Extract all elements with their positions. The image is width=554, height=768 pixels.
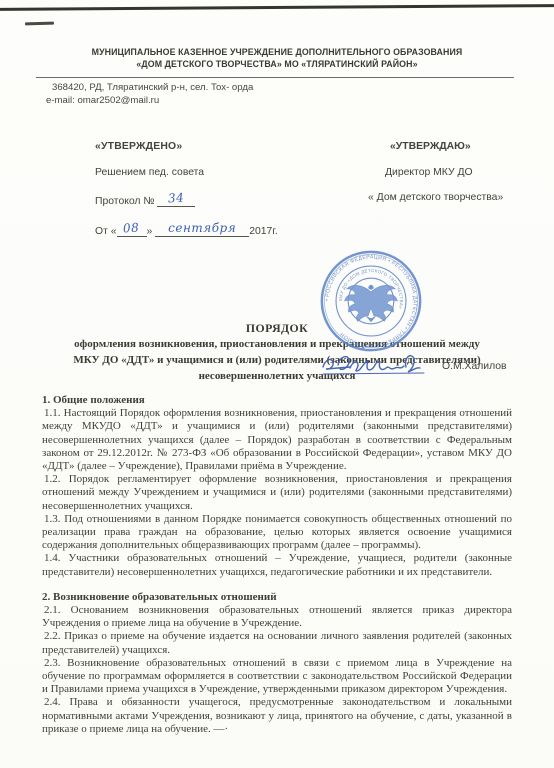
- section-1-heading: 1. Общие положения: [42, 394, 512, 407]
- approval-section: • РОССИЙСКАЯ ФЕДЕРАЦИЯ • РЕСПУБЛИКА ДАГЕ…: [0, 133, 554, 265]
- paragraph-2-1: 2.1. Основанием возникновения образовате…: [42, 604, 512, 630]
- paragraph-1-2: 1.2. Порядок регламентирует оформление в…: [42, 473, 512, 513]
- date-month-handwritten: сентября: [168, 221, 236, 235]
- org-name-line2: «ДОМ ДЕТСКОГО ТВОРЧЕСТВА» МО «ТЛЯРАТИНСК…: [0, 59, 554, 71]
- date-month-field: сентября: [155, 222, 249, 237]
- paragraph-1-3: 1.3. Под отношениями в данном Порядке по…: [42, 513, 512, 553]
- section-gap: [42, 579, 512, 591]
- date-line: От «08» сентября2017г.: [95, 222, 278, 237]
- date-day-handwritten: 08: [123, 221, 140, 234]
- document-title: ПОРЯДОК: [0, 321, 554, 336]
- approved-by-line: Решением пед. совета: [95, 167, 278, 178]
- paragraph-2-3: 2.3. Возникновение образовательных отнош…: [42, 657, 512, 697]
- approved-label: «УТВЕРЖДЕНО»: [95, 141, 278, 152]
- email-address: e-mail: omar2502@mail.ru: [46, 95, 554, 108]
- protocol-number-handwritten: 34: [168, 191, 185, 204]
- document-title-block: ПОРЯДОК оформления возникновения, приост…: [0, 321, 554, 384]
- header-divider: [36, 77, 514, 78]
- protocol-number-field: 34: [157, 192, 195, 207]
- address-block: 368420, РД, Тляратинский р-н, сел. Тох- …: [46, 82, 554, 107]
- paragraph-1-4: 1.4. Участники образовательных отношений…: [42, 552, 512, 578]
- org-name-line1: МУНИЦИПАЛЬНОЕ КАЗЕННОЕ УЧРЕЖДЕНИЕ ДОПОЛН…: [0, 47, 554, 59]
- date-close-quote: »: [147, 226, 153, 237]
- stamp-eagle-emblem: [345, 285, 398, 322]
- document-body: 1. Общие положения 1.1. Настоящий Порядо…: [42, 394, 512, 736]
- paragraph-1-1: 1.1. Настоящий Порядок оформления возник…: [42, 407, 512, 473]
- approve-label: «УТВЕРЖДАЮ»: [368, 141, 503, 152]
- approved-by-block: «УТВЕРЖДЕНО» Решением пед. совета Проток…: [95, 141, 278, 251]
- scanned-document-page: МУНИЦИПАЛЬНОЕ КАЗЕННОЕ УЧРЕЖДЕНИЕ ДОПОЛН…: [0, 0, 554, 768]
- institution-name: « Дом детского творчества»: [368, 192, 503, 203]
- section-2-heading: 2. Возникновение образовательных отношен…: [42, 591, 512, 604]
- date-day-field: 08: [117, 222, 147, 237]
- paragraph-2-4: 2.4. Права и обязанности учащегося, пред…: [42, 696, 512, 736]
- protocol-line: Протокол № 34: [95, 192, 278, 207]
- paragraph-2-2: 2.2. Приказ о приеме на обучение издаетс…: [42, 630, 512, 656]
- title-subtitle-1: оформления возникновения, приостановлени…: [0, 336, 554, 352]
- signer-name: О.М.Халилов: [442, 361, 507, 372]
- protocol-label: Протокол №: [95, 196, 155, 207]
- director-signature: [320, 347, 460, 381]
- approve-block: «УТВЕРЖДАЮ» Директор МКУ ДО « Дом детско…: [368, 141, 503, 218]
- postal-address: 368420, РД, Тляратинский р-н, сел. Тох- …: [46, 82, 554, 95]
- director-title: Директор МКУ ДО: [368, 167, 503, 178]
- date-year: 2017г.: [249, 226, 278, 237]
- date-prefix: От «: [95, 226, 117, 237]
- org-header: МУНИЦИПАЛЬНОЕ КАЗЕННОЕ УЧРЕЖДЕНИЕ ДОПОЛН…: [0, 0, 554, 70]
